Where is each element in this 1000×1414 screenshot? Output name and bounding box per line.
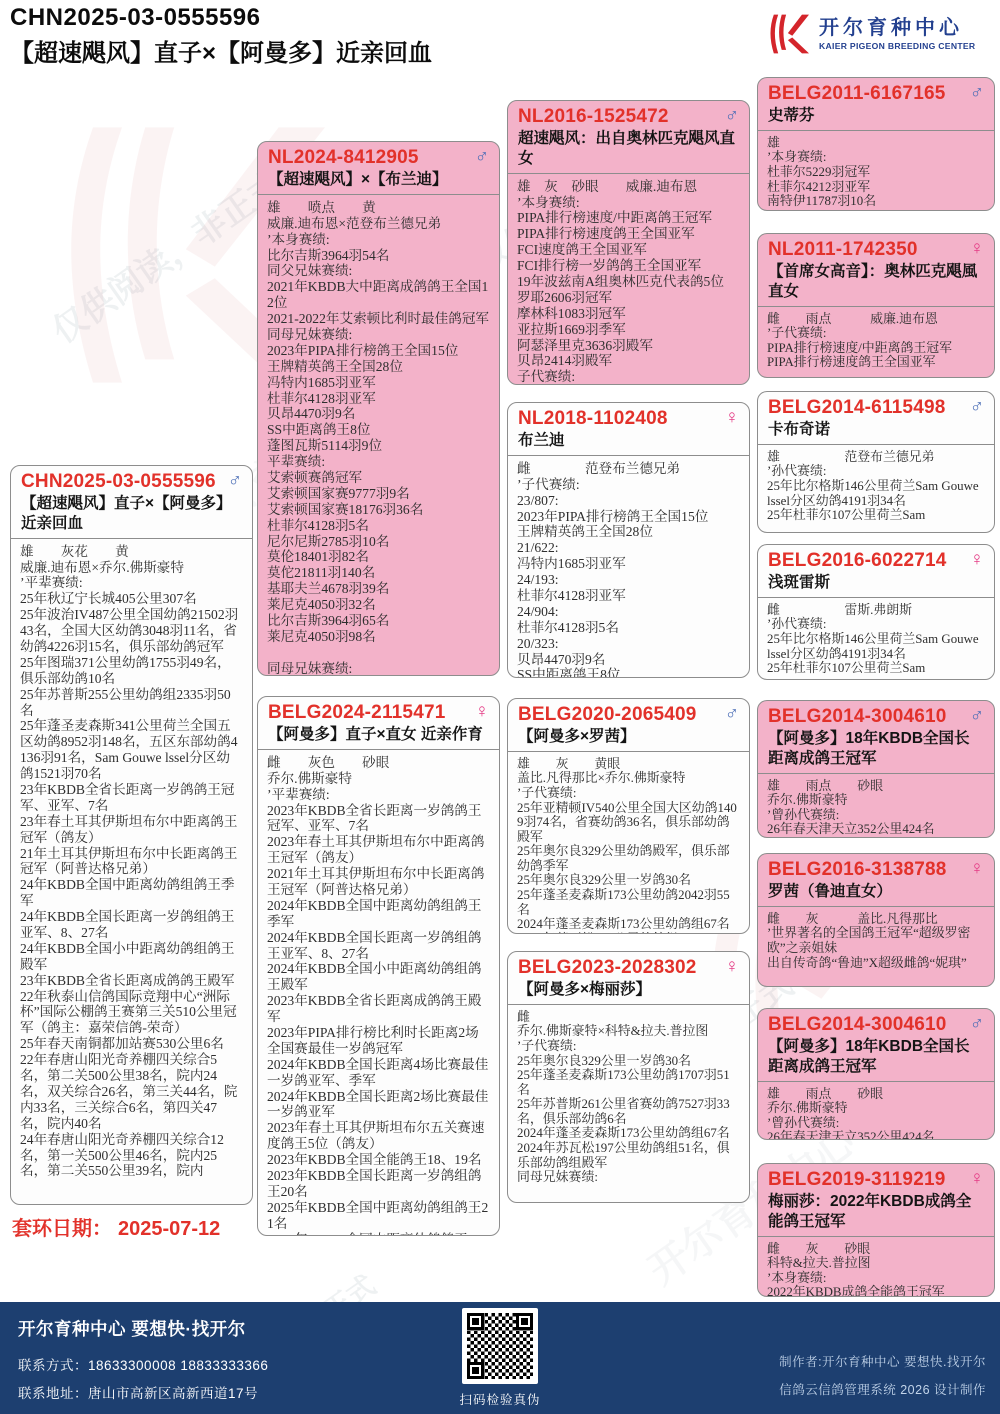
page-ring-number: CHN2025-03-0555596 [10, 4, 261, 32]
female-icon: ♀ [970, 1169, 984, 1190]
box-header: BELG2016-6022714 ♀ 浅斑雷斯 [758, 545, 994, 598]
page-title: 【超速飓风】直子×【阿曼多】近亲回血 [10, 33, 432, 68]
pigeon-name: 卡布奇诺 [768, 420, 984, 440]
pigeon-results: 雌 灰 砂眼 科特&拉夫.普拉图 ’本身赛绩: 2022年KBDB成鸽全能鸽王冠… [758, 1237, 994, 1297]
footer-brand: 开尔育种中心 要想快·找开尔 [18, 1316, 246, 1341]
pigeon-name: 【阿曼多】18年KBDB全国长距离成鸽王冠军 [768, 1037, 984, 1077]
pigeon-results: 雄 灰花 黄 威廉.迪布恩×乔尔.佛斯豪特 ’平辈赛绩: 25年秋辽宁长城405… [11, 539, 252, 1186]
ring-number: BELG2024-2115471 [268, 702, 446, 724]
box-header: BELG2014-3004610 ♂ 【阿曼多】18年KBDB全国长距离成鸽王冠… [758, 701, 994, 774]
qr-finder-icon [516, 1313, 533, 1330]
pigeon-name: 【首席女高音】：奥林匹克飓風直女 [768, 262, 984, 302]
pedigree-box-grandfather-paternal: NL2016-1525472 ♂ 超速飓风：出自奥林匹克飓风直女 雄 灰 砂眼 … [507, 100, 750, 385]
address-value: 唐山市高新区高新西道17号 [88, 1386, 258, 1401]
pigeon-results: 雌 灰 盖比.凡得那比 ’世界著名的全国鸽王冠军“超级罗密欧”之亲姐妹 出自传奇… [758, 907, 994, 976]
pedigree-box-father: NL2024-8412905 ♂ 【超速飓风】×【布兰迪】 雄 喷点 黄 威廉.… [257, 141, 500, 676]
male-icon: ♂ [725, 106, 739, 127]
contact-label: 联系方式： [18, 1358, 88, 1373]
female-icon: ♀ [970, 550, 984, 571]
ring-number: NL2016-1525472 [518, 106, 669, 128]
qr-finder-icon [467, 1313, 484, 1330]
pigeon-name: 【阿曼多×梅丽莎】 [518, 980, 739, 1000]
pigeon-name: 【阿曼多】直子×直女 近亲作育 [268, 725, 489, 745]
pedigree-box-grandmother-maternal: BELG2023-2028302 ♀ 【阿曼多×梅丽莎】 雌 乔尔.佛斯豪特×科… [507, 951, 750, 1203]
pigeon-results: 雌 雷斯.弗朗斯 ’孙代赛绩: 25年比尔格斯146公里荷兰Sam Gouwe … [758, 598, 994, 680]
ring-number: BELG2014-3004610 [768, 1014, 947, 1036]
ring-date: 套环日期：2025-07-12 [12, 1212, 220, 1241]
pigeon-results: 雄 喷点 黄 威廉.迪布恩×范登布兰德兄弟 ’本身赛绩: 比尔吉斯3964羽54… [258, 195, 499, 676]
pigeon-results: 雄 雨点 砂眼 乔尔.佛斯豪特 ’曾孙代赛绩: 26年春天津天立352公里424… [758, 1082, 994, 1140]
pigeon-results: 雌 灰色 砂眼 乔尔.佛斯豪特 ’平辈赛绩: 2023年KBDB全省长距离一岁鸽… [258, 750, 499, 1236]
male-icon: ♂ [228, 471, 242, 492]
logo-name-cn: 开尔育种中心 [819, 17, 975, 39]
male-icon: ♂ [970, 397, 984, 418]
qr-caption: 扫码检验真伪 [448, 1390, 552, 1408]
box-header: BELG2016-3138788 ♀ 罗茜（鲁迪直女） [758, 854, 994, 907]
box-header: BELG2014-6115498 ♂ 卡布奇诺 [758, 392, 994, 445]
ring-number: NL2024-8412905 [268, 147, 419, 169]
pedigree-box-ggp-5: BELG2014-3004610 ♂ 【阿曼多】18年KBDB全国长距离成鸽王冠… [757, 700, 995, 838]
pedigree-box-ggp-6: BELG2016-3138788 ♀ 罗茜（鲁迪直女） 雌 灰 盖比.凡得那比 … [757, 853, 995, 987]
female-icon: ♀ [475, 702, 489, 723]
ring-number: BELG2016-6022714 [768, 550, 947, 572]
ring-number: CHN2025-03-0555596 [21, 471, 216, 493]
address-label: 联系地址： [18, 1386, 88, 1401]
female-icon: ♀ [725, 957, 739, 978]
pigeon-results: 雌 范登布兰德兄弟 ’子代赛绩: 23/807: 2023年PIPA排行榜鸽王全… [508, 456, 749, 678]
pedigree-box-ggp-2: NL2011-1742350 ♀ 【首席女高音】：奥林匹克飓風直女 雌 雨点 威… [757, 233, 995, 378]
male-icon: ♂ [970, 1014, 984, 1035]
watermark-text: 仅供阅读，非正式 [41, 156, 292, 352]
pigeon-name: 超速飓风：出自奥林匹克飓风直女 [518, 129, 739, 169]
pigeon-name: 【阿曼多×罗茜】 [518, 727, 739, 747]
pigeon-results: 雄 灰 砂眼 威廉.迪布恩 ’本身赛绩: PIPA排行榜速度/中距离鸽王冠军 P… [508, 174, 749, 385]
pedigree-box-ggp-8: BELG2019-3119219 ♀ 梅丽莎：2022年KBDB成鸽全能鸽王冠军… [757, 1163, 995, 1297]
pigeon-name: 【超速飓风】×【布兰迪】 [268, 170, 489, 190]
pigeon-name: 【阿曼多】18年KBDB全国长距离成鸽王冠军 [768, 729, 984, 769]
logo-name-en: KAIER PIGEON BREEDING CENTER [819, 41, 975, 51]
box-header: BELG2024-2115471 ♀ 【阿曼多】直子×直女 近亲作育 [258, 697, 499, 750]
box-header: NL2016-1525472 ♂ 超速飓风：出自奥林匹克飓风直女 [508, 101, 749, 174]
pigeon-name: 梅丽莎：2022年KBDB成鸽全能鸽王冠军 [768, 1192, 984, 1232]
male-icon: ♂ [725, 704, 739, 725]
pigeon-name: 【超速飓风】直子×【阿曼多】近亲回血 [21, 494, 242, 534]
pigeon-results: 雄 范登布兰德兄弟 ’孙代赛绩: 25年比尔格斯146公里荷兰Sam Gouwe… [758, 445, 994, 529]
pedigree-box-ggp-4: BELG2016-6022714 ♀ 浅斑雷斯 雌 雷斯.弗朗斯 ’孙代赛绩: … [757, 544, 995, 680]
male-icon: ♂ [970, 706, 984, 727]
female-icon: ♀ [970, 239, 984, 260]
kaier-logo: 开尔育种中心 KAIER PIGEON BREEDING CENTER [764, 12, 975, 56]
ring-number: NL2011-1742350 [768, 239, 918, 261]
pigeon-results: 雌 雨点 威廉.迪布恩 ’子代赛绩: PIPA排行榜速度/中距离鸽王冠军 PIP… [758, 307, 994, 376]
box-header: NL2018-1102408 ♀ 布兰迪 [508, 403, 749, 456]
pedigree-box-mother: BELG2024-2115471 ♀ 【阿曼多】直子×直女 近亲作育 雌 灰色 … [257, 696, 500, 1236]
footer-bar: 开尔育种中心 要想快·找开尔 联系方式：18633300008 18833333… [0, 1302, 1000, 1414]
female-icon: ♀ [725, 408, 739, 429]
ring-number: BELG2023-2028302 [518, 957, 697, 979]
box-header: BELG2014-3004610 ♂ 【阿曼多】18年KBDB全国长距离成鸽王冠… [758, 1009, 994, 1082]
box-header: BELG2019-3119219 ♀ 梅丽莎：2022年KBDB成鸽全能鸽王冠军 [758, 1164, 994, 1237]
pigeon-name: 浅斑雷斯 [768, 573, 984, 593]
male-icon: ♂ [970, 83, 984, 104]
pedigree-box-ggp-1: BELG2011-6167165 ♂ 史蒂芬 雄 ’本身赛绩: 杜菲尔5229羽… [757, 77, 995, 211]
pigeon-name: 布兰迪 [518, 431, 739, 451]
ring-number: NL2018-1102408 [518, 408, 668, 430]
male-icon: ♂ [475, 147, 489, 168]
box-header: NL2011-1742350 ♀ 【首席女高音】：奥林匹克飓風直女 [758, 234, 994, 307]
contact-line: 联系方式：18633300008 18833333366 [18, 1354, 268, 1374]
pedigree-box-grandfather-maternal: BELG2020-2065409 ♂ 【阿曼多×罗茜】 雄 灰 黄眼 盖比.凡得… [507, 698, 750, 934]
ring-date-label: 套环日期： [12, 1218, 112, 1240]
box-header: BELG2023-2028302 ♀ 【阿曼多×梅丽莎】 [508, 952, 749, 1005]
ring-number: BELG2019-3119219 [768, 1169, 946, 1191]
pigeon-results: 雄 ’本身赛绩: 杜菲尔5229羽冠军 杜菲尔4212羽亚军 南特伊11787羽… [758, 131, 994, 211]
box-header: BELG2020-2065409 ♂ 【阿曼多×罗茜】 [508, 699, 749, 752]
ring-number: BELG2014-6115498 [768, 397, 946, 419]
address-line: 联系地址：唐山市高新区高新西道17号 [18, 1382, 258, 1402]
contact-numbers: 18633300008 18833333366 [88, 1358, 268, 1373]
pigeon-name: 罗茜（鲁迪直女） [768, 882, 984, 902]
maker-line-1: 制作者:开尔育种中心 要想快.找开尔 [779, 1352, 986, 1370]
ring-number: BELG2014-3004610 [768, 706, 947, 728]
ring-date-value: 2025-07-12 [118, 1218, 220, 1240]
pigeon-results: 雌 乔尔.佛斯豪特×科特&拉夫.普拉图 ’子代赛绩: 25年奥尔良329公里一岁… [508, 1005, 749, 1191]
ring-number: BELG2020-2065409 [518, 704, 697, 726]
qr-pattern [467, 1313, 533, 1379]
qr-finder-icon [467, 1362, 484, 1379]
pedigree-box-ggp-3: BELG2014-6115498 ♂ 卡布奇诺 雄 范登布兰德兄弟 ’孙代赛绩:… [757, 391, 995, 533]
box-header: BELG2011-6167165 ♂ 史蒂芬 [758, 78, 994, 131]
pedigree-box-grandmother-paternal: NL2018-1102408 ♀ 布兰迪 雌 范登布兰德兄弟 ’子代赛绩: 23… [507, 402, 750, 678]
maker-line-2: 信鸽云信鸽管理系统 2026 设计制作 [779, 1380, 986, 1398]
pigeon-results: 雄 雨点 砂眼 乔尔.佛斯豪特 ’曾孙代赛绩: 26年春天津天立352公里424… [758, 774, 994, 838]
qr-code [462, 1308, 538, 1384]
pedigree-page: 仅供阅读，非正式 仅供阅读 仅供阅读，非正式 仅供阅读 非正式 仅供阅读，非正式… [0, 0, 1000, 1414]
pedigree-box-subject: CHN2025-03-0555596 ♂ 【超速飓风】直子×【阿曼多】近亲回血 … [10, 465, 253, 1205]
pigeon-results: 雄 灰 黄眼 盖比.凡得那比×乔尔.佛斯豪特 ’子代赛绩: 25年亚精顿IV54… [508, 752, 749, 934]
box-header: NL2024-8412905 ♂ 【超速飓风】×【布兰迪】 [258, 142, 499, 195]
ring-number: BELG2016-3138788 [768, 859, 947, 881]
pedigree-box-ggp-7: BELG2014-3004610 ♂ 【阿曼多】18年KBDB全国长距离成鸽王冠… [757, 1008, 995, 1140]
female-icon: ♀ [970, 859, 984, 880]
ring-number: BELG2011-6167165 [768, 83, 946, 105]
kaier-logo-icon [764, 12, 810, 56]
pigeon-name: 史蒂芬 [768, 106, 984, 126]
box-header: CHN2025-03-0555596 ♂ 【超速飓风】直子×【阿曼多】近亲回血 [11, 466, 252, 539]
